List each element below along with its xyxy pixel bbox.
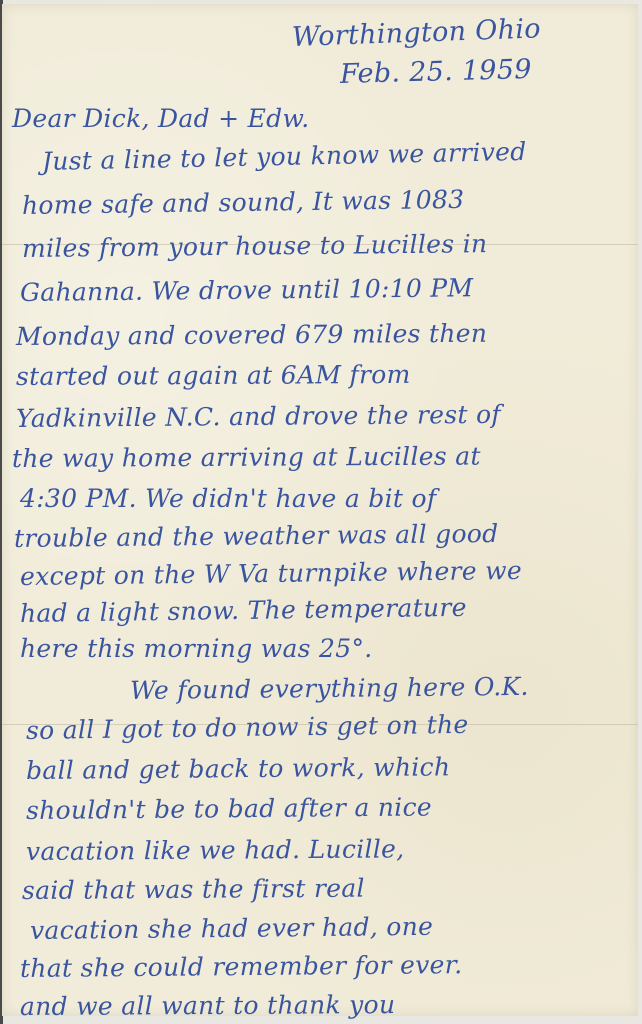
letter-line: the way home arriving at Lucilles at [12,442,481,473]
letter-line: home safe and sound, It was 1083 [22,185,465,220]
letter-line: so all I got to do now is get on the [26,710,469,745]
letter-line: had a light snow. The temperature [20,593,467,628]
letter-line: started out again at 6AM from [16,360,411,391]
letter-line: vacation she had ever had, one [30,912,433,945]
letter-line: Monday and covered 679 miles then [16,319,487,351]
letter-line: We found everything here O.K. [130,672,529,705]
letter-line: vacation like we had. Lucille, [26,834,405,866]
letter-page: Worthington Ohio Feb. 25. 1959 Dear Dick… [2,4,638,1016]
letter-line: and we all want to thank you [20,990,395,1021]
letter-line: miles from your house to Lucilles in [22,229,488,263]
letter-line: except on the W Va turnpike where we [20,556,522,591]
letter-line: said that was the first real [22,874,365,905]
letter-line: Just a line to let you know we arrived [42,137,527,176]
letter-date: Feb. 25. 1959 [340,54,533,90]
letter-salutation: Dear Dick, Dad + Edw. [12,104,309,133]
letter-place: Worthington Ohio [291,13,541,53]
letter-line: Yadkinville N.C. and drove the rest of [16,400,501,433]
letter-line: ball and get back to work, which [26,752,451,785]
letter-line: trouble and the weather was all good [14,519,499,553]
letter-line: here this morning was 25°. [20,634,373,663]
letter-line: that she could remember for ever. [20,950,463,983]
letter-line: 4:30 PM. We didn't have a bit of [20,484,436,513]
letter-line: Gahanna. We drove until 10:10 PM [20,273,474,307]
letter-line: shouldn't be to bad after a nice [26,792,432,825]
